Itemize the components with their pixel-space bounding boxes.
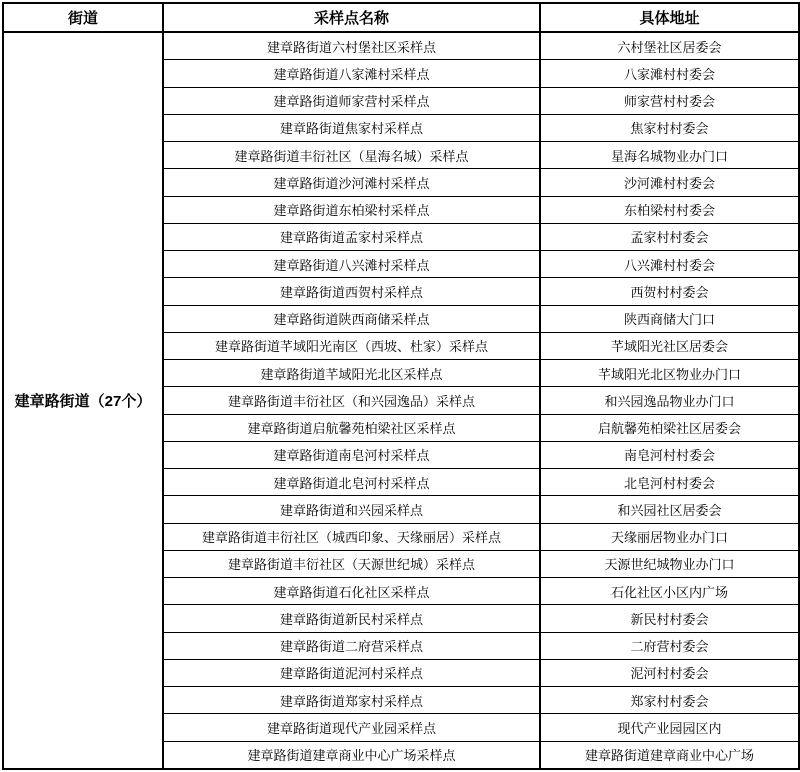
header-address: 具体地址 [540,3,799,32]
site-name-cell: 建章路街道孟家村采样点 [163,223,540,250]
address-cell: 泥河村村委会 [540,659,799,686]
header-site-name: 采样点名称 [163,3,540,32]
site-name-cell: 建章路街道建章商业中心广场采样点 [163,741,540,769]
site-name-cell: 建章路街道东柏梁村采样点 [163,196,540,223]
site-name-cell: 建章路街道丰衍社区（城西印象、天缘丽居）采样点 [163,523,540,550]
address-cell: 郑家村村委会 [540,687,799,714]
address-cell: 建章路街道建章商业中心广场 [540,741,799,769]
table-body: 建章路街道（27个）建章路街道六村堡社区采样点六村堡社区居委会建章路街道八家滩村… [3,32,799,769]
sampling-points-table: 街道 采样点名称 具体地址 建章路街道（27个）建章路街道六村堡社区采样点六村堡… [2,2,800,770]
address-cell: 新民村村委会 [540,605,799,632]
site-name-cell: 建章路街道启航馨苑柏梁社区采样点 [163,414,540,441]
address-cell: 陕西商储大门口 [540,305,799,332]
site-name-cell: 建章路街道焦家村采样点 [163,114,540,141]
site-name-cell: 建章路街道六村堡社区采样点 [163,32,540,60]
address-cell: 孟家村村委会 [540,223,799,250]
street-group-cell: 建章路街道（27个） [3,32,163,769]
site-name-cell: 建章路街道芊域阳光南区（西坡、杜家）采样点 [163,332,540,359]
address-cell: 师家营村村委会 [540,87,799,114]
address-cell: 西贺村村委会 [540,278,799,305]
address-cell: 六村堡社区居委会 [540,32,799,60]
site-name-cell: 建章路街道师家营村采样点 [163,87,540,114]
address-cell: 二府营村委会 [540,632,799,659]
site-name-cell: 建章路街道新民村采样点 [163,605,540,632]
site-name-cell: 建章路街道石化社区采样点 [163,578,540,605]
address-cell: 南皂河村村委会 [540,441,799,468]
site-name-cell: 建章路街道丰衍社区（和兴园逸品）采样点 [163,387,540,414]
site-name-cell: 建章路街道丰衍社区（星海名城）采样点 [163,142,540,169]
document-sheet: 街道 采样点名称 具体地址 建章路街道（27个）建章路街道六村堡社区采样点六村堡… [0,0,800,772]
address-cell: 和兴园逸品物业办门口 [540,387,799,414]
site-name-cell: 建章路街道和兴园采样点 [163,496,540,523]
address-cell: 启航馨苑柏梁社区居委会 [540,414,799,441]
address-cell: 芊域阳光北区物业办门口 [540,360,799,387]
site-name-cell: 建章路街道北皂河村采样点 [163,469,540,496]
header-street: 街道 [3,3,163,32]
site-name-cell: 建章路街道南皂河村采样点 [163,441,540,468]
table-header: 街道 采样点名称 具体地址 [3,3,799,32]
address-cell: 东柏梁村村委会 [540,196,799,223]
site-name-cell: 建章路街道二府营采样点 [163,632,540,659]
address-cell: 沙河滩村村委会 [540,169,799,196]
site-name-cell: 建章路街道郑家村采样点 [163,687,540,714]
address-cell: 焦家村村委会 [540,114,799,141]
site-name-cell: 建章路街道芊域阳光北区采样点 [163,360,540,387]
table-row: 建章路街道（27个）建章路街道六村堡社区采样点六村堡社区居委会 [3,32,799,60]
site-name-cell: 建章路街道西贺村采样点 [163,278,540,305]
site-name-cell: 建章路街道沙河滩村采样点 [163,169,540,196]
site-name-cell: 建章路街道八兴滩村采样点 [163,251,540,278]
header-row: 街道 采样点名称 具体地址 [3,3,799,32]
address-cell: 天缘丽居物业办门口 [540,523,799,550]
address-cell: 和兴园社区居委会 [540,496,799,523]
address-cell: 八家滩村村委会 [540,60,799,87]
address-cell: 北皂河村村委会 [540,469,799,496]
address-cell: 天源世纪城物业办门口 [540,550,799,577]
site-name-cell: 建章路街道泥河村采样点 [163,659,540,686]
site-name-cell: 建章路街道八家滩村采样点 [163,60,540,87]
address-cell: 石化社区小区内广场 [540,578,799,605]
address-cell: 芊域阳光社区居委会 [540,332,799,359]
site-name-cell: 建章路街道陕西商储采样点 [163,305,540,332]
address-cell: 现代产业园园区内 [540,714,799,741]
address-cell: 八兴滩村村委会 [540,251,799,278]
site-name-cell: 建章路街道丰衍社区（天源世纪城）采样点 [163,550,540,577]
site-name-cell: 建章路街道现代产业园采样点 [163,714,540,741]
address-cell: 星海名城物业办门口 [540,142,799,169]
